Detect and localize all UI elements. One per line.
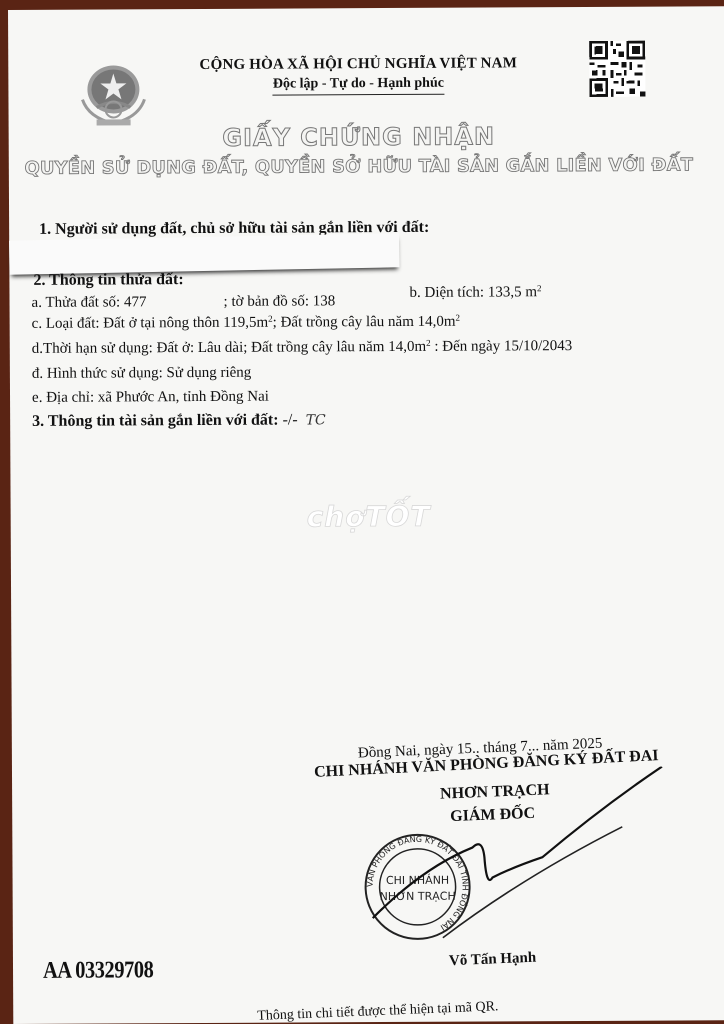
area-value: 133,5 m [488,284,537,300]
serial-number: AA 03329708 [43,957,154,985]
watermark-logo: chợTỐT [307,500,431,534]
section-assets-heading: 3. Thông tin tài sản gắn liền với đất: [32,412,278,430]
land-type-value-1: Đất ở tại nông thôn 119,5m [103,315,268,332]
address-value: xã Phước An, tỉnh Đồng Nai [98,389,269,406]
usage-term-value-1: Đất ở: Lâu dài; Đất trồng cây lâu năm 14… [157,339,427,356]
certificate-paper: CỘNG HÒA XÃ HỘI CHỦ NGHĨA VIỆT NAM Độc l… [8,6,724,1024]
map-sheet-value: 138 [313,293,336,309]
national-header: CỘNG HÒA XÃ HỘI CHỦ NGHĨA VIỆT NAM Độc l… [158,55,558,96]
map-sheet-label: ; tờ bản đồ số: [223,293,309,309]
parcel-number: a. Thửa đất số: 477 [31,294,146,312]
usage-term-value-2: : Đến ngày 15/10/2043 [431,338,573,355]
land-type-label: c. Loại đất: [32,316,100,332]
usage-term-label: d.Thời hạn sử dụng: [32,340,153,357]
usage-form: đ. Hình thức sử dụng: Sử dụng riêng [32,365,251,383]
section-assets-value: -/- [283,411,298,428]
signer-name: Võ Tấn Hạnh [449,950,537,970]
section-parcel-heading: 2. Thông tin thửa đất: [33,271,183,290]
qr-footer-note: Thông tin chi tiết được thể hiện tại mã … [257,999,499,1024]
certificate-title: GIẤY CHỨNG NHẬN [9,121,709,153]
land-type-value-2: ; Đất trồng cây lâu năm 14,0m [273,314,456,331]
signature-icon [362,766,683,948]
superscript: 2 [537,283,542,293]
national-motto: Độc lập - Tự do - Hạnh phúc [273,76,444,96]
certificate-subtitle: QUYỀN SỬ DỤNG ĐẤT, QUYỀN SỞ HỮU TÀI SẢN … [2,155,716,179]
usage-term: d.Thời hạn sử dụng: Đất ở: Lâu dài; Đất … [32,337,573,358]
parcel-number-value: 477 [124,294,147,310]
superscript: 2 [455,313,460,323]
address: e. Địa chỉ: xã Phước An, tỉnh Đồng Nai [32,389,269,407]
national-name: CỘNG HÒA XÃ HỘI CHỦ NGHĨA VIỆT NAM [158,55,558,74]
land-type: c. Loại đất: Đất ở tại nông thôn 119,5m2… [32,313,460,333]
handwritten-mark: TC [306,412,326,428]
section-assets: 3. Thông tin tài sản gắn liền với đất: -… [32,411,326,431]
address-label: e. Địa chỉ: [32,390,94,406]
qr-code-icon[interactable] [589,41,645,97]
area: b. Diện tích: 133,5 m2 [409,283,541,302]
national-emblem-icon [68,59,158,131]
parcel-number-label: a. Thửa đất số: [31,294,120,310]
map-sheet-number: ; tờ bản đồ số: 138 [223,293,335,311]
usage-form-label: đ. Hình thức sử dụng: [32,365,163,382]
area-label: b. Diện tích: [409,285,484,301]
usage-form-value: Sử dụng riêng [166,365,251,381]
redaction-strip [9,233,400,274]
